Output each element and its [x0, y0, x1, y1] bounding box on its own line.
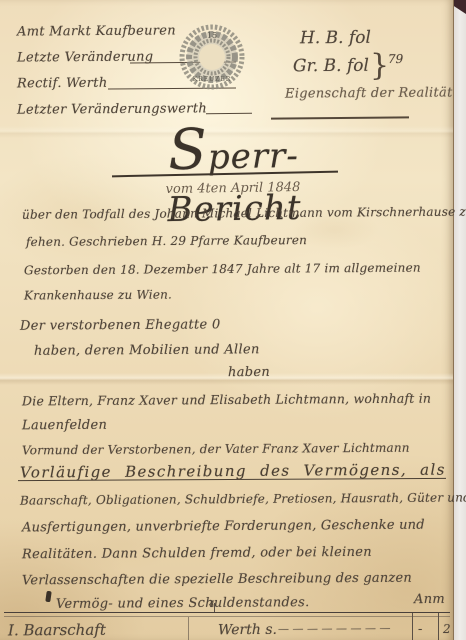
body-line-centered: haben: [228, 365, 270, 380]
folio-number: 79: [388, 52, 403, 66]
table-vline: [438, 613, 439, 640]
body-line: Realitäten. Dann Schulden fremd, oder be…: [22, 545, 372, 562]
body-line: Lauenfelden: [22, 418, 107, 434]
table-value-label: Werth s.: [218, 622, 277, 638]
table-vline: [214, 603, 215, 612]
registry-office-line: Amt Markt Kaufbeuren: [17, 23, 176, 39]
blank-line: [206, 113, 252, 114]
folio-brace: }: [370, 48, 389, 83]
body-line: Verlassenschaften die spezielle Beschrei…: [22, 571, 412, 589]
table-vline: [188, 617, 189, 640]
date-line: vom 4ten April 1848: [128, 180, 338, 198]
fold-crease: [0, 373, 453, 385]
body-line: Baarschaft, Obligationen, Schuldbriefe, …: [20, 490, 466, 507]
body-line: fehen. Geschrieben H. 29 Pfarre Kaufbeur…: [26, 233, 307, 249]
folio-hb-line: H. B. fol: [300, 28, 371, 48]
body-line: Vermög- und eines Schuldenstandes.: [56, 595, 310, 612]
body-line: Die Eltern, Franz Xaver und Elisabeth Li…: [22, 391, 431, 409]
stamp-value-text: 15: [207, 31, 217, 40]
document-paper: Amt Markt Kaufbeuren Letzte Veränderung …: [0, 0, 454, 640]
body-line: Gestorben den 18. Dezember 1847 Jahre al…: [24, 261, 421, 278]
body-line: Ausfertigungen, unverbriefte Forderungen…: [22, 518, 425, 536]
revenue-stamp-seal: 15 KREUZER: [178, 23, 246, 91]
table-vline: [412, 613, 413, 640]
folio-property-line: Eigenschaft der Realität: [285, 85, 453, 101]
table-top-rule: [4, 612, 450, 613]
registry-rectif-line: Rectif. Werth: [17, 76, 108, 92]
registry-last-value-line: Letzter Veränderungswerth: [17, 101, 207, 117]
table-row-label: I. Baarschaft: [8, 621, 106, 640]
margin-annotation: Anm: [414, 592, 445, 607]
body-line: Der verstorbenen Ehegatte 0: [20, 317, 221, 333]
stamp-currency-text: KREUZER: [193, 76, 232, 83]
body-line: Krankenhause zu Wien.: [24, 287, 172, 302]
body-line: haben, deren Mobilien und Allen: [34, 342, 260, 359]
ink-blot: [45, 591, 51, 603]
table-top-rule-double: [4, 616, 450, 617]
body-line: Vormund der Verstorbenen, der Vater Fran…: [22, 441, 410, 458]
body-line: über den Todfall des Johann Michael Lich…: [22, 204, 466, 221]
table-dash-fill: — — — — — — — —: [278, 622, 391, 636]
table-amount-dash: -: [418, 622, 423, 637]
document-photo: Amt Markt Kaufbeuren Letzte Veränderung …: [0, 0, 466, 640]
table-amount: 2: [443, 622, 451, 636]
folio-underline: [271, 116, 409, 119]
folio-grb-line: Gr. B. fol: [293, 56, 369, 77]
